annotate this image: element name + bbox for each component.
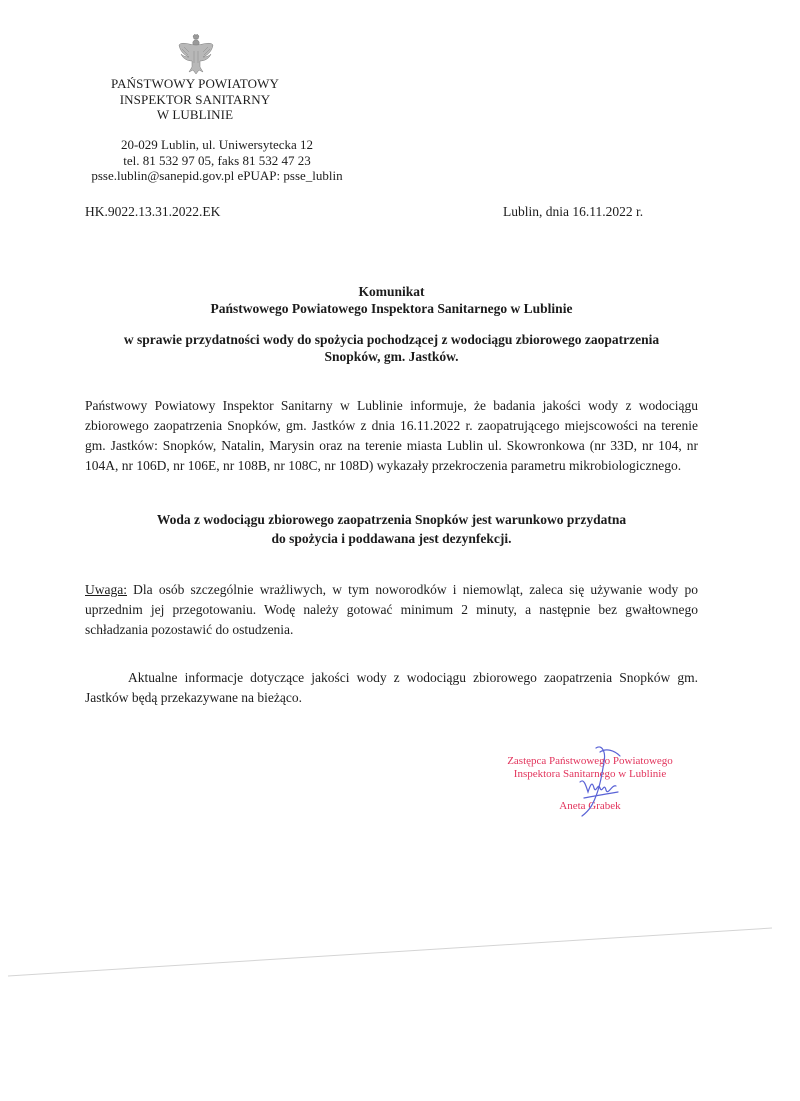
phone-fax-line: tel. 81 532 97 05, faks 81 532 47 23 — [82, 153, 352, 169]
organization-name: PAŃSTWOWY POWIATOWY INSPEKTOR SANITARNY … — [100, 76, 290, 123]
org-line: PAŃSTWOWY POWIATOWY — [100, 76, 290, 92]
title-line: Komunikat — [85, 283, 698, 300]
updates-paragraph: Aktualne informacje dotyczące jakości wo… — [85, 668, 698, 708]
reference-number: HK.9022.13.31.2022.EK — [85, 204, 220, 220]
email-epuap-line: psse.lublin@sanepid.gov.pl ePUAP: psse_l… — [82, 168, 352, 184]
notice-line: Woda z wodociągu zbiorowego zaopatrzenia… — [85, 510, 698, 529]
document-title: Komunikat Państwowego Powiatowego Inspek… — [85, 283, 698, 317]
water-status-notice: Woda z wodociągu zbiorowego zaopatrzenia… — [85, 510, 698, 548]
place-date: Lublin, dnia 16.11.2022 r. — [503, 204, 643, 220]
handwritten-signature-icon — [560, 742, 640, 822]
title-line: Państwowego Powiatowego Inspektora Sanit… — [85, 300, 698, 317]
org-line: INSPEKTOR SANITARNY — [100, 92, 290, 108]
subject-line: Snopków, gm. Jastków. — [85, 348, 698, 365]
warning-paragraph: Uwaga: Dla osób szczególnie wrażliwych, … — [85, 580, 698, 640]
document-subject: w sprawie przydatności wody do spożycia … — [85, 331, 698, 365]
warning-text: Dla osób szczególnie wrażliwych, w tym n… — [85, 582, 698, 637]
address-line: 20-029 Lublin, ul. Uniwersytecka 12 — [82, 137, 352, 153]
polish-eagle-emblem-icon — [176, 33, 216, 77]
findings-paragraph: Państwowy Powiatowy Inspektor Sanitarny … — [85, 396, 698, 476]
organization-address: 20-029 Lublin, ul. Uniwersytecka 12 tel.… — [82, 137, 352, 184]
subject-line: w sprawie przydatności wody do spożycia … — [85, 331, 698, 348]
org-line: W LUBLINIE — [100, 107, 290, 123]
notice-line: do spożycia i poddawana jest dezynfekcji… — [85, 529, 698, 548]
warning-label: Uwaga: — [85, 582, 127, 597]
